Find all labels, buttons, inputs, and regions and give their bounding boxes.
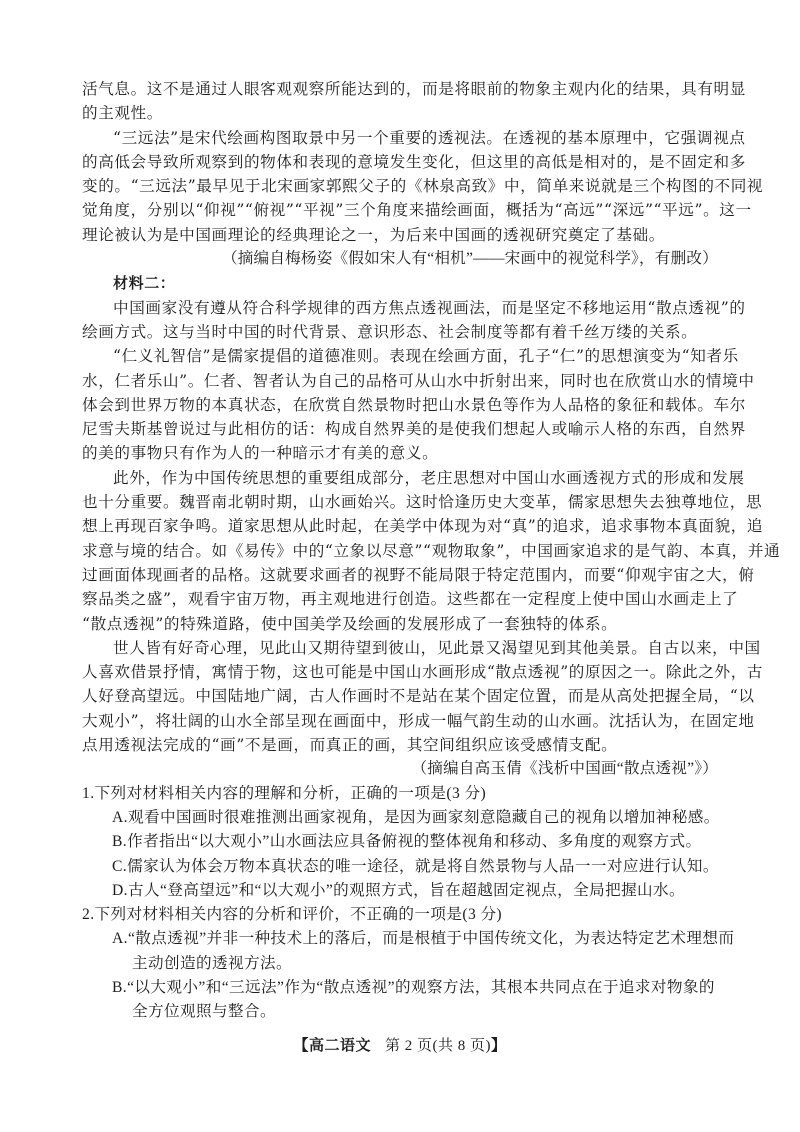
text-line: 点用透视法完成的“画”不是画，而真正的画，其空间组织应该受感情支配。 [82, 733, 718, 757]
material-two-paragraph-2: “仁义礼智信”是儒家提倡的道德准则。表现在绘画方面，孔子“仁”的思想演变为“知者… [82, 344, 718, 465]
question-1: 1.下列对材料相关内容的理解和分析，正确的一项是(3 分) A.观看中国画时很难… [82, 782, 718, 903]
material-two-heading: 材料二： [82, 271, 718, 295]
option-b-continuation: 全方位观照与整合。 [82, 1000, 718, 1024]
material-one-paragraph-tail: 活气息。这不是通过人眼客观观察所能达到的，而是将眼前的物象主观内化的结果，具有明… [82, 77, 718, 126]
text-line: 尼雪夫斯基曾说过与此相仿的话：构成自然界美的是使我们想起人或喻示人格的东西，自然… [82, 417, 718, 441]
material-two-paragraph-1: 中国画家没有遵从符合科学规律的西方焦点透视画法，而是坚定不移地运用“散点透视”的… [82, 296, 718, 345]
text-line: 的高低会导致所观察到的物体和表现的意境发生变化，但这里的高低是相对的，是不固定和… [82, 150, 718, 174]
option-b: B.“以大观小”和“三远法”作为“散点透视”的观察方法，其根本共同点在于追求对物… [82, 976, 718, 1000]
text-line: 也十分重要。魏晋南北朝时期，山水画始兴。这时恰逢历史大变革，儒家思想失去独尊地位… [82, 490, 718, 514]
text-line: “三远法”是宋代绘画构图取景中另一个重要的透视法。在透视的基本原理中，它强调视点 [82, 126, 718, 150]
text-line: 世人皆有好奇心理，见此山又期待望到彼山，见此景又渴望见到其他美景。自古以来，中国 [82, 636, 718, 660]
text-line: “散点透视”的特殊道路，使中国美学及绘画的发展形成了一套独特的体系。 [82, 612, 718, 636]
footer-open-bracket: 【 [293, 1036, 309, 1054]
footer-page-number: 第 2 页(共 8 页) [385, 1038, 491, 1054]
material-two-paragraph-4: 世人皆有好奇心理，见此山又期待望到彼山，见此景又渴望见到其他美景。自古以来，中国… [82, 636, 718, 757]
question-stem: 2.下列对材料相关内容的分析和评价，不正确的一项是(3 分) [82, 903, 718, 927]
footer-subject: 高二语文 [309, 1036, 371, 1054]
material-two-citation: （摘编自高玉倩《浅析中国画“散点透视”》） [82, 757, 718, 781]
text-line: 水，仁者乐山”。仁者、智者认为自己的品格可从山水中折射出来，同时也在欣赏山水的情… [82, 369, 718, 393]
question-stem: 1.下列对材料相关内容的理解和分析，正确的一项是(3 分) [82, 782, 718, 806]
text-line: 此外，作为中国传统思想的重要组成部分，老庄思想对中国山水画透视方式的形成和发展 [82, 466, 718, 490]
text-line: 理论被认为是中国画理论的经典理论之一，为后来中国画的透视研究奠定了基础。 [82, 223, 718, 247]
text-line: 体会到世界万物的本真状态，在欣赏自然景物时把山水景色等作为人品格的象征和载体。车… [82, 393, 718, 417]
text-line: 察品类之盛”，观看宇宙万物，再主观地进行创造。这些都在一定程度上使中国山水画走上… [82, 587, 718, 611]
text-line: “仁义礼智信”是儒家提倡的道德准则。表现在绘画方面，孔子“仁”的思想演变为“知者… [82, 344, 718, 368]
text-line: 的主观性。 [82, 101, 718, 125]
option-b: B.作者指出“以大观小”山水画法应具备俯视的整体视角和移动、多角度的观察方式。 [82, 830, 718, 854]
text-line: 想上再现百家争鸣。道家思想从此时起，在美学中体现为对“真”的追求，追求事物本真面… [82, 514, 718, 538]
option-a: A.观看中国画时很难推测出画家视角，是因为画家刻意隐藏自己的视角以增加神秘感。 [82, 806, 718, 830]
text-line: 过画面体现画者的品格。这就要求画者的视野不能局限于特定范围内，而要“仰观宇宙之大… [82, 563, 718, 587]
text-line: 变的。“三远法”最早见于北宋画家郭熙父子的《林泉高致》中，简单来说就是三个构图的… [82, 174, 718, 198]
text-line: 求意与境的结合。如《易传》中的“立象以尽意”“观物取象”，中国画家追求的是气韵、… [82, 539, 718, 563]
option-c: C.儒家认为体会万物本真状态的唯一途径，就是将自然景物与人品一一对应进行认知。 [82, 855, 718, 879]
material-one-paragraph-three-distances: “三远法”是宋代绘画构图取景中另一个重要的透视法。在透视的基本原理中，它强调视点… [82, 126, 718, 247]
material-two-paragraph-3: 此外，作为中国传统思想的重要组成部分，老庄思想对中国山水画透视方式的形成和发展 … [82, 466, 718, 636]
exam-page-body: 活气息。这不是通过人眼客观观察所能达到的，而是将眼前的物象主观内化的结果，具有明… [82, 77, 718, 1025]
option-a: A.“散点透视”并非一种技术上的落后，而是根植于中国传统文化，为表达特定艺术理想… [82, 927, 718, 951]
option-d: D.古人“登高望远”和“以大观小”的观照方式，旨在超越固定视点，全局把握山水。 [82, 879, 718, 903]
footer-close-bracket: 】 [491, 1036, 507, 1054]
text-line: 觉角度，分别以“仰视”“俯视”“平视”三个角度来描绘画面，概括为“高远”“深远”… [82, 198, 718, 222]
text-line: 的美的事物只有作为人的一种暗示才有美的意义。 [82, 441, 718, 465]
question-2: 2.下列对材料相关内容的分析和评价，不正确的一项是(3 分) A.“散点透视”并… [82, 903, 718, 1024]
text-line: 活气息。这不是通过人眼客观观察所能达到的，而是将眼前的物象主观内化的结果，具有明… [82, 77, 718, 101]
text-line: 人好登高望远。中国陆地广阔，古人作画时不是站在某个固定位置，而是从高处把握全局，… [82, 684, 718, 708]
material-one-citation: （摘编自梅杨姿《假如宋人有“相机”——宋画中的视觉科学》，有删改） [82, 247, 718, 271]
text-line: 绘画方式。这与当时中国的时代背景、意识形态、社会制度等都有着千丝万缕的关系。 [82, 320, 718, 344]
text-line: 大观小”，将壮阔的山水全部呈现在画面中，形成一幅气韵生动的山水画。沈括认为，在固… [82, 709, 718, 733]
option-a-continuation: 主动创造的透视方法。 [82, 952, 718, 976]
page-footer: 【高二语文第 2 页(共 8 页)】 [0, 1034, 800, 1055]
text-line: 人喜欢借景抒情，寓情于物，这也可能是中国山水画形成“散点透视”的原因之一。除此之… [82, 660, 718, 684]
text-line: 中国画家没有遵从符合科学规律的西方焦点透视画法，而是坚定不移地运用“散点透视”的 [82, 296, 718, 320]
